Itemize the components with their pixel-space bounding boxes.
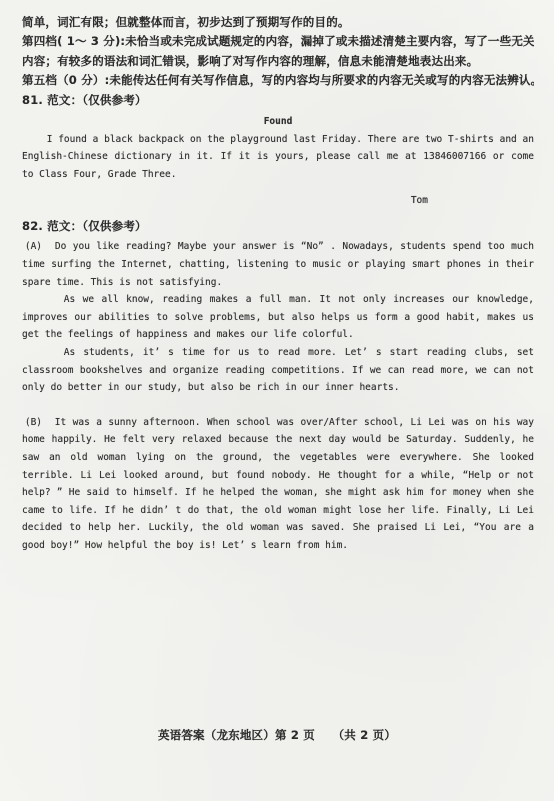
page-content: 简单，词汇有限；但就整体而言，初步达到了预期写作的目的。 第四档( 1～ 3 分… bbox=[0, 0, 554, 555]
essay-81-body: I found a black backpack on the playgrou… bbox=[22, 131, 534, 184]
essay-82b-paragraph: (B) It was a sunny afternoon. When schoo… bbox=[22, 414, 534, 555]
grading-criteria-line-3: 内容；有较多的语法和词汇错误，影响了对写作内容的理解，信息未能清楚地表达出来。 bbox=[22, 52, 534, 71]
essay-82a-paragraph-3: As students, it’ s time for us to read m… bbox=[22, 344, 534, 397]
grading-criteria-line-4: 第五档（0 分）:未能传达任何有关写作信息，写的内容均与所要求的内容无关或写的内… bbox=[22, 71, 534, 90]
answer-81-heading: 81. 范文：（仅供参考） bbox=[22, 91, 534, 110]
grading-criteria-line-1: 简单，词汇有限；但就整体而言，初步达到了预期写作的目的。 bbox=[22, 13, 534, 32]
essay-82a-paragraph-2: As we all know, reading makes a full man… bbox=[22, 291, 534, 344]
scanned-answer-sheet-page: 简单，词汇有限；但就整体而言，初步达到了预期写作的目的。 第四档( 1～ 3 分… bbox=[0, 0, 554, 801]
essay-82a-paragraph-1: (A) Do you like reading? Maybe your answ… bbox=[22, 238, 534, 291]
page-footer: 英语答案（龙东地区）第 2 页 （共 2 页） bbox=[0, 726, 554, 745]
essay-81-signature: Tom bbox=[22, 192, 534, 210]
answer-82-heading: 82. 范文：（仅供参考） bbox=[22, 217, 534, 236]
grading-criteria-line-2: 第四档( 1～ 3 分):未恰当或未完成试题规定的内容，漏掉了或未描述清楚主要内… bbox=[22, 32, 534, 51]
essay-81-title: Found bbox=[22, 113, 534, 131]
